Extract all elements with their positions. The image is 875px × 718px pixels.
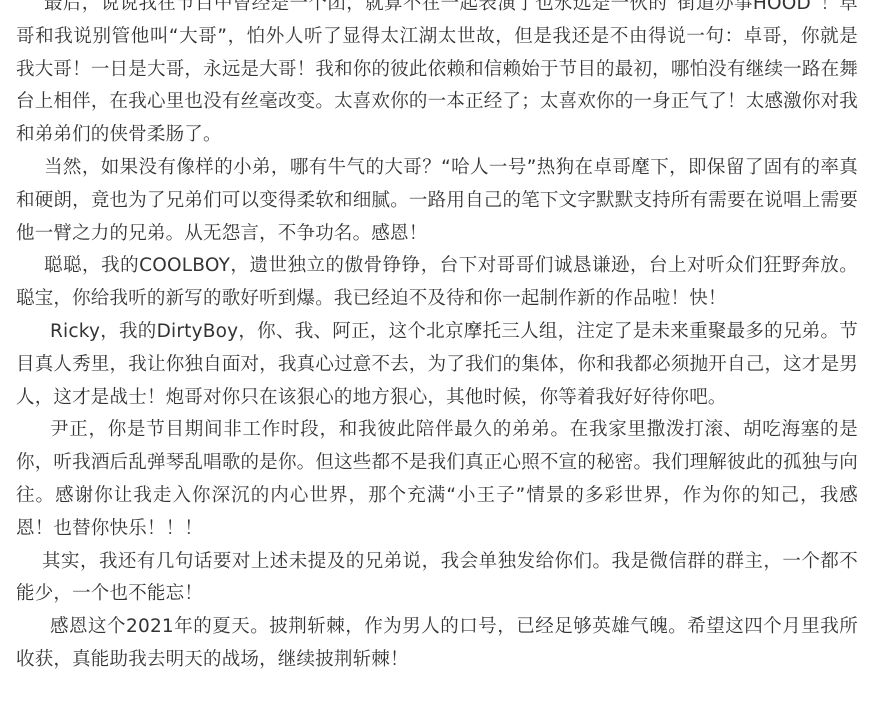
paragraph-congcong: 聪聪，我的COOLBOY，遗世独立的傲骨铮铮，台下对哥哥们诚恳谦逊，台上对听众们…: [16, 250, 858, 316]
article-body: 最后，说说我在节目中曾经是一个团，就算不在一起表演了也永远是一伙的“街道办事HO…: [16, 0, 858, 677]
paragraph-hot-dog: 当然，如果没有像样的小弟，哪有牛气的大哥？“哈人一号”热狗在卓哥麾下，即保留了固…: [16, 152, 858, 250]
paragraph-hood: 最后，说说我在节目中曾经是一个团，就算不在一起表演了也永远是一伙的“街道办事HO…: [16, 0, 858, 152]
paragraph-ricky: Ricky，我的DirtyBoy，你、我、阿正，这个北京摩托三人组，注定了是未来…: [16, 316, 858, 414]
paragraph-summer-2021: 感恩这个2021年的夏天。披荆斩棘，作为男人的口号，已经足够英雄气魄。希望这四个…: [16, 611, 858, 677]
paragraph-yinzheng: 尹正，你是节目期间非工作时段，和我彼此陪伴最久的弟弟。在我家里撒泼打滚、胡吃海塞…: [16, 414, 858, 545]
paragraph-others: 其实，我还有几句话要对上述未提及的兄弟说，我会单独发给你们。我是微信群的群主，一…: [16, 546, 858, 612]
